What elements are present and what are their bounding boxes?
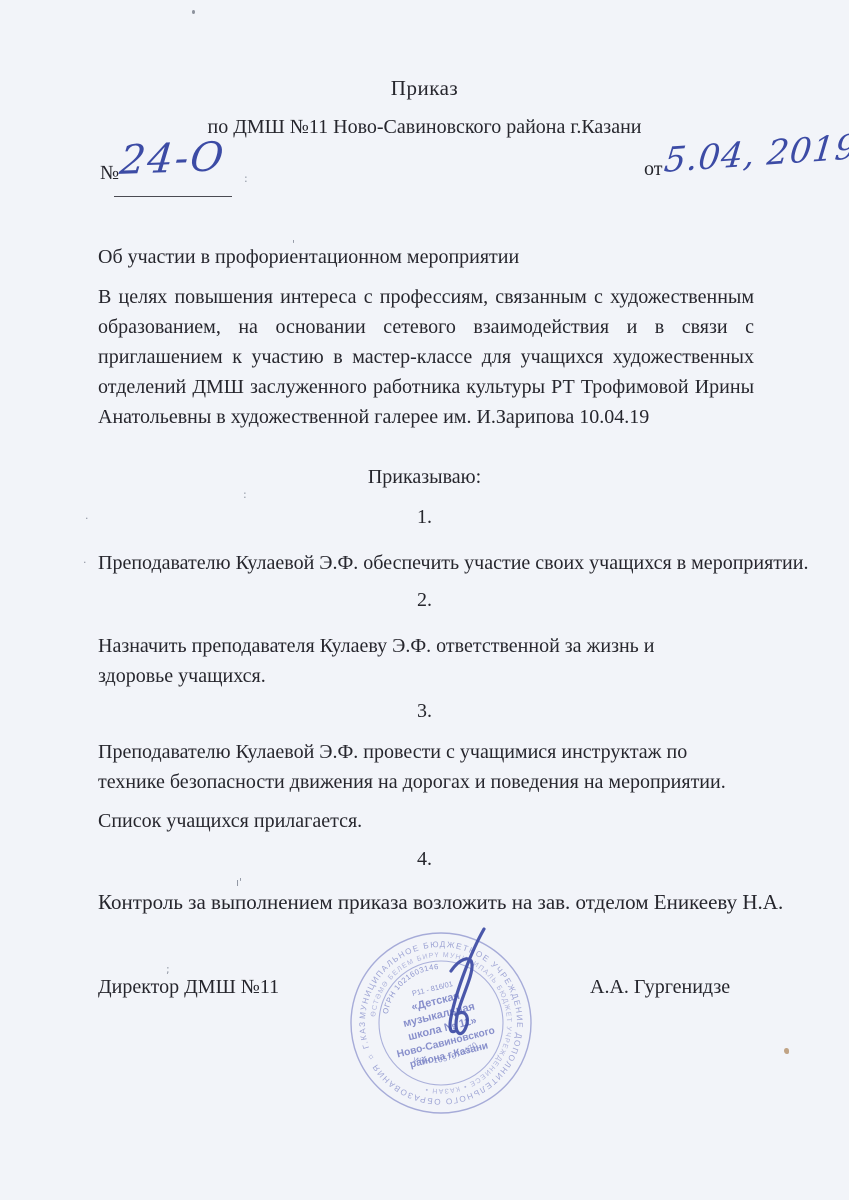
scan-speck: '	[292, 238, 295, 251]
director-name: А.А. Гургенидзе	[590, 976, 730, 999]
item-3-text: Преподавателю Кулаевой Э.Ф. провести с у…	[98, 737, 750, 797]
item-2-text: Назначить преподавателя Кулаеву Э.Ф. отв…	[98, 631, 726, 691]
order-number-label: №	[100, 162, 119, 185]
item-1-text: Преподавателю Кулаевой Э.Ф. обеспечить у…	[98, 548, 814, 578]
scan-speck	[784, 1048, 789, 1054]
attachment-note: Список учащихся прилагается.	[98, 806, 598, 836]
scan-speck: .	[83, 553, 87, 566]
document-title: Приказ	[0, 76, 849, 101]
order-number-handwritten: 24-О	[118, 134, 228, 184]
order-intro-paragraph: В целях повышения интереса с профессиям,…	[98, 282, 754, 432]
item-4-number: 4.	[0, 848, 849, 871]
scan-speck: ·	[85, 512, 89, 525]
item-2-number: 2.	[0, 589, 849, 612]
director-signature-ink	[404, 924, 516, 1050]
scan-speck: :	[243, 488, 247, 501]
item-4-text: Контроль за выполнением приказа возложит…	[98, 890, 838, 915]
scan-speck: :	[244, 172, 248, 185]
order-date-label: от	[644, 158, 662, 181]
item-1-number: 1.	[0, 506, 849, 529]
document-subtitle: по ДМШ №11 Ново-Савиновского района г.Ка…	[0, 116, 849, 139]
order-number-underline	[114, 196, 232, 197]
scan-speck: ı'	[236, 876, 242, 889]
order-heading: Приказываю:	[0, 466, 849, 489]
scan-speck: ;	[166, 963, 170, 976]
item-3-number: 3.	[0, 700, 849, 723]
signature-stroke-loop	[451, 959, 472, 1034]
scan-speck	[192, 10, 195, 14]
order-subject: Об участии в профориентационном мероприя…	[98, 242, 778, 272]
scanned-order-document: Приказ по ДМШ №11 Ново-Савиновского райо…	[0, 0, 849, 1200]
director-title: Директор ДМШ №11	[98, 976, 279, 999]
